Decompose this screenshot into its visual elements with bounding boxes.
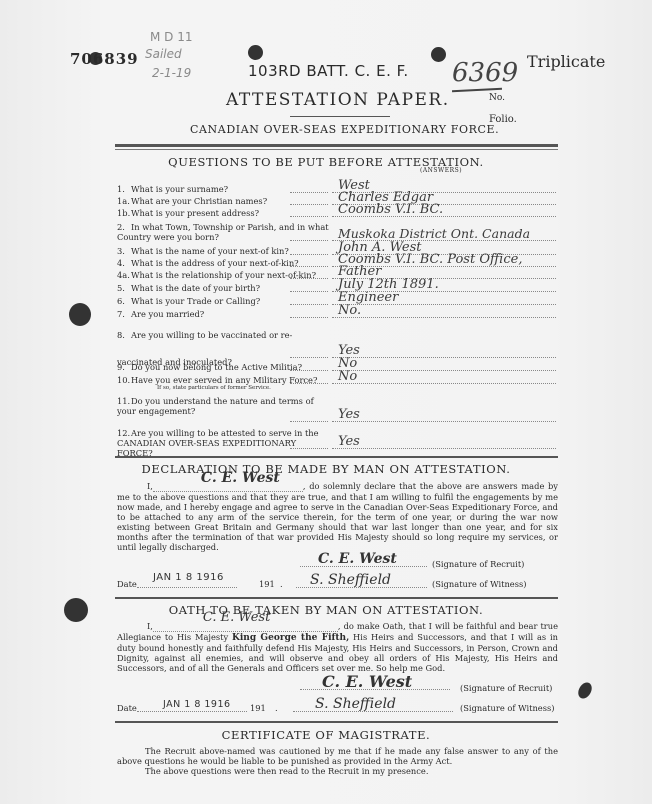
questions-section-title: QUESTIONS TO BE PUT BEFORE ATTESTATION. — [0, 155, 652, 169]
punch-hole-icon — [69, 303, 91, 326]
question-item: 2.In what Town, Township or Parish, and … — [117, 222, 329, 242]
question-leader-dots — [290, 266, 328, 267]
question-text: What are your Christian names? — [131, 196, 267, 206]
answers-header: (ANSWERS) — [420, 167, 462, 174]
declaration-text: I,C. E. West , do solemnly declare that … — [117, 481, 558, 552]
question-text: What is your Trade or Calling? — [131, 296, 260, 306]
pencil-note-date: 2-1-19 — [152, 66, 191, 80]
attestation-paper: 706839 M D 11 Sailed 2-1-19 103RD BATT. … — [0, 0, 652, 804]
section-divider — [115, 149, 558, 150]
question-item: 12.Are you willing to be attested to ser… — [117, 428, 329, 458]
question-text: Are you willing to be attested to serve … — [117, 428, 319, 458]
answer-value: Yes — [338, 408, 360, 421]
oath-title: OATH TO BE TAKEN BY MAN ON ATTESTATION. — [0, 603, 652, 617]
witness-signature-label: (Signature of Witness) — [460, 703, 554, 713]
serial-label: No. — [489, 93, 505, 103]
punch-hole-icon — [248, 45, 263, 60]
question-note: If so, state particulars of former Servi… — [117, 385, 329, 391]
question-text: Do you now belong to the Active Militia? — [131, 362, 302, 372]
question-number: 12. — [117, 428, 131, 438]
answer-value: Coombs V.I. BC. — [338, 203, 443, 216]
question-text: Are you married? — [131, 309, 204, 319]
question-number: 8. — [117, 322, 131, 349]
oath-name-signature: C. E. West — [173, 613, 270, 623]
question-number: 1. — [117, 184, 131, 194]
witness-signature-label: (Signature of Witness) — [432, 579, 526, 589]
date-label: Date — [117, 703, 137, 713]
answer-value: Muskoka District Ont. Canada — [338, 227, 530, 240]
magistrate-text-1: The Recruit above-named was cautioned by… — [117, 746, 558, 766]
section-divider — [115, 456, 558, 458]
answer-line — [332, 383, 556, 384]
regimental-number: 706839 — [70, 50, 139, 68]
answer-value: No. — [338, 304, 361, 317]
question-leader-dots — [290, 216, 328, 217]
answer-line — [332, 421, 556, 422]
serial-number: 6369 — [452, 58, 518, 88]
question-number: 3. — [117, 246, 131, 256]
declaration-title: DECLARATION TO BE MADE BY MAN ON ATTESTA… — [0, 462, 652, 476]
answer-line — [332, 317, 556, 318]
question-text: What is the relationship of your next-of… — [131, 270, 316, 280]
copy-type-label: Triplicate — [527, 52, 605, 71]
question-item: 11.Do you understand the nature and term… — [117, 396, 329, 416]
question-number: 2. — [117, 222, 131, 232]
question-leader-dots — [290, 240, 328, 241]
question-number: 7. — [117, 309, 131, 319]
answer-line — [332, 357, 556, 358]
punch-hole-icon — [576, 680, 595, 701]
page-subtitle: CANADIAN OVER-SEAS EXPEDITIONARY FORCE. — [190, 123, 499, 136]
oath-text: I,C. E. West , do make Oath, that I will… — [117, 621, 558, 673]
question-text: What is the date of your birth? — [131, 283, 260, 293]
recruit-signature-label: (Signature of Recruit) — [432, 559, 524, 569]
question-text: Do you understand the nature and terms o… — [117, 396, 314, 416]
question-text: What is your surname? — [131, 184, 228, 194]
punch-hole-icon — [431, 47, 446, 62]
question-leader-dots — [290, 291, 328, 292]
question-text: What is the name of your next-of kin? — [131, 246, 289, 256]
question-leader-dots — [290, 370, 328, 371]
question-number: 9. — [117, 362, 131, 372]
answer-line — [332, 448, 556, 449]
date-stamp: JAN 1 8 1916 — [163, 699, 231, 710]
question-leader-dots — [290, 317, 328, 318]
date-label: Date — [117, 579, 137, 589]
question-number: 5. — [117, 283, 131, 293]
section-divider — [115, 721, 558, 723]
page-title: ATTESTATION PAPER. — [226, 90, 450, 110]
answer-line — [332, 370, 556, 371]
question-leader-dots — [290, 357, 328, 358]
oath-witness-signature: S. Sheffield — [315, 696, 396, 712]
pencil-note-district: M D 11 — [150, 30, 193, 44]
question-text: What is the address of your next-of-kin? — [131, 258, 299, 268]
question-leader-dots — [290, 278, 328, 279]
oath-name-line: C. E. West — [153, 621, 338, 632]
title-divider — [290, 116, 390, 117]
question-number: 10. — [117, 375, 131, 385]
folio-label: Folio. — [489, 114, 517, 125]
declaration-witness-signature: S. Sheffield — [310, 572, 391, 588]
question-number: 1b. — [117, 208, 131, 218]
date-stamp: JAN 1 8 1916 — [153, 572, 224, 583]
year-prefix: 191 — [250, 703, 266, 713]
magistrate-text-2: The above questions were then read to th… — [117, 766, 558, 776]
question-number: 4. — [117, 258, 131, 268]
battalion-label: 103RD BATT. C. E. F. — [248, 62, 409, 80]
answer-value: Yes — [338, 435, 360, 448]
question-number: 4a. — [117, 270, 131, 280]
question-text: What is your present address? — [131, 208, 259, 218]
answer-value: No — [338, 370, 357, 383]
magistrate-title: CERTIFICATE OF MAGISTRATE. — [0, 728, 652, 742]
question-leader-dots — [290, 192, 328, 193]
question-number: 1a. — [117, 196, 131, 206]
recruit-signature-label: (Signature of Recruit) — [460, 683, 552, 693]
declaration-name-line: C. E. West — [153, 481, 303, 492]
question-leader-dots — [290, 304, 328, 305]
year-prefix: 191 — [259, 579, 275, 589]
dot-sep: . — [275, 703, 278, 713]
question-leader-dots — [290, 204, 328, 205]
question-number: 6. — [117, 296, 131, 306]
date-line — [137, 711, 247, 712]
section-divider — [115, 144, 558, 147]
question-text: In what Town, Township or Parish, and in… — [117, 222, 329, 242]
question-leader-dots — [290, 254, 328, 255]
oath-recruit-signature: C. E. West — [322, 672, 412, 691]
date-line — [137, 587, 237, 588]
pencil-note-sailed: Sailed — [145, 47, 182, 61]
serial-underline — [452, 88, 502, 93]
question-leader-dots — [290, 383, 328, 384]
declaration-recruit-signature: C. E. West — [318, 551, 397, 567]
question-leader-dots — [290, 421, 328, 422]
declaration-name-signature: C. E. West — [171, 473, 280, 483]
section-divider — [115, 597, 558, 599]
dot-sep: . — [280, 579, 283, 589]
question-number: 11. — [117, 396, 131, 406]
oath-king: King George the Fifth, — [232, 633, 349, 643]
question-leader-dots — [290, 448, 328, 449]
